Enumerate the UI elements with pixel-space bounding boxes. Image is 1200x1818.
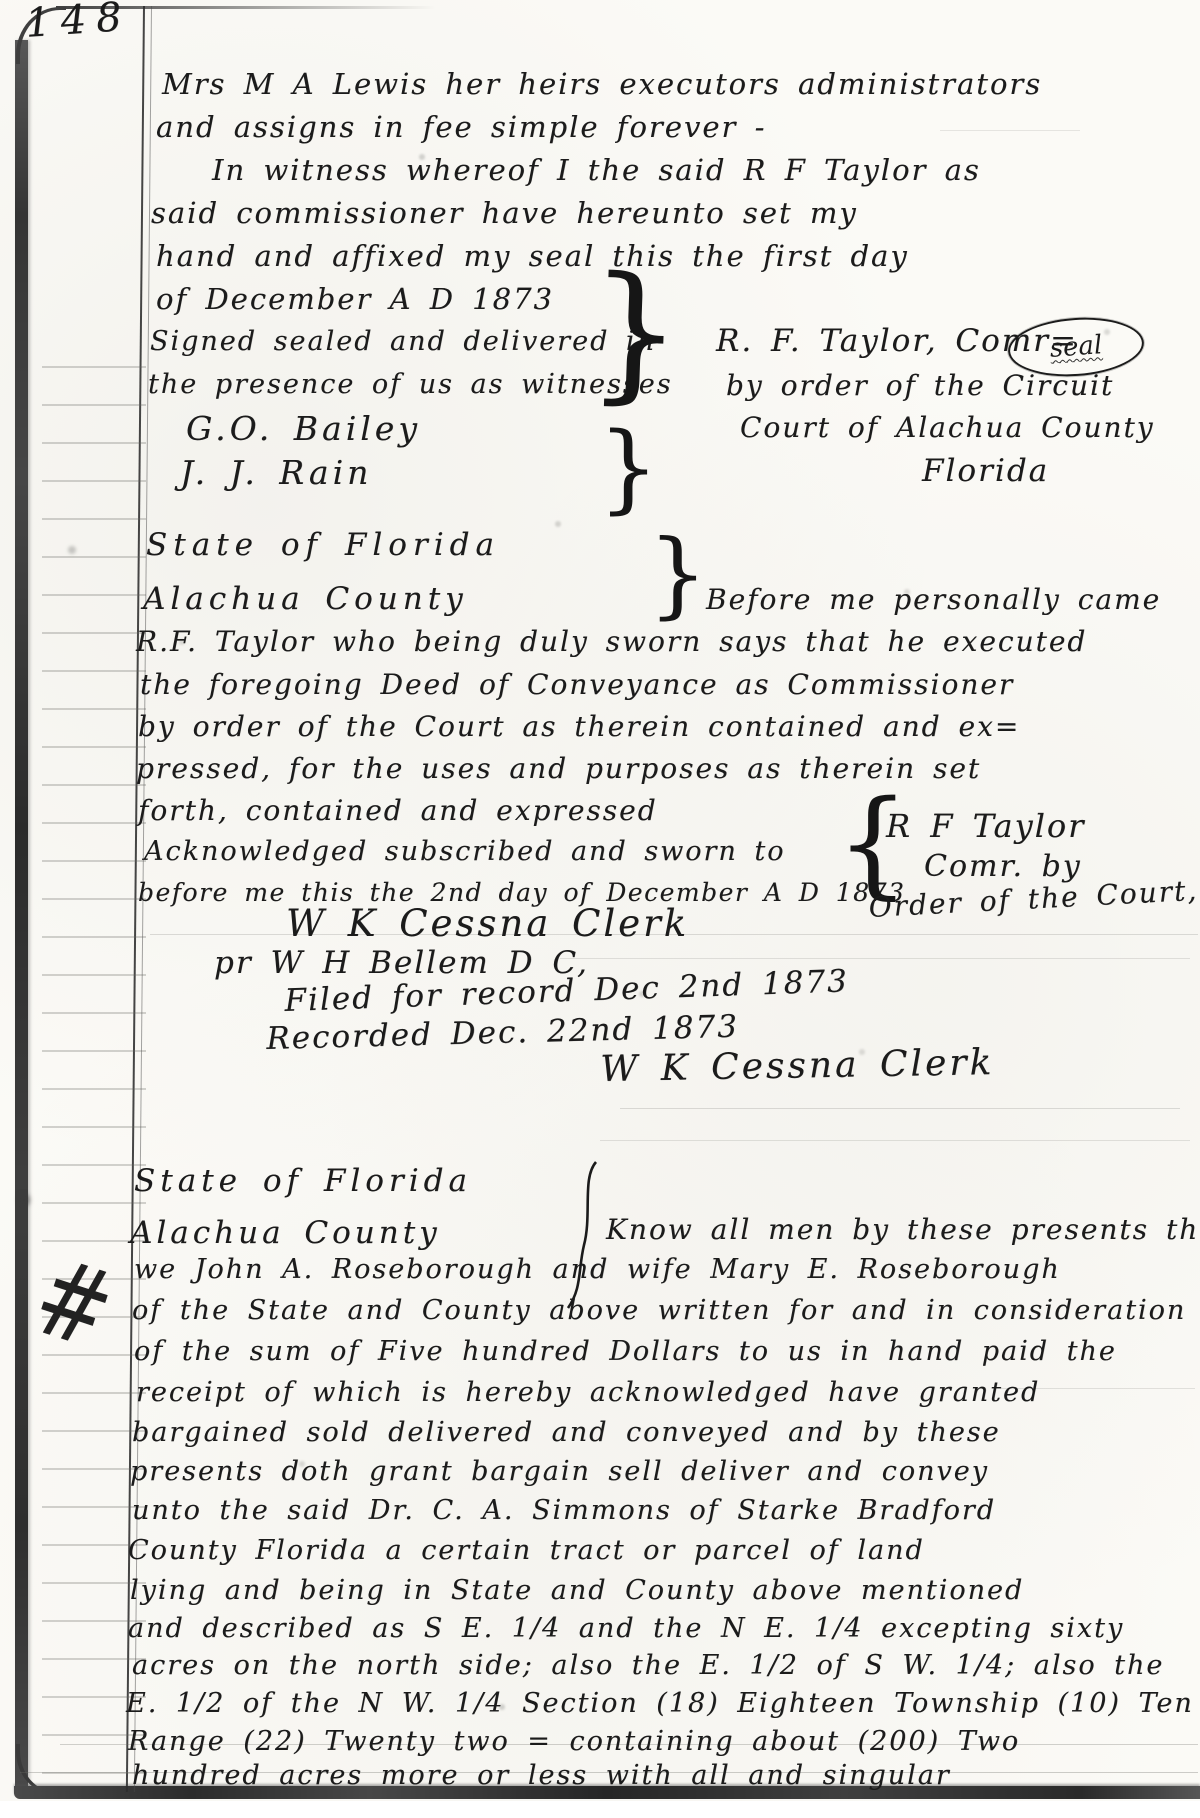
handwriting-line: presents doth grant bargain sell deliver… <box>130 1458 989 1485</box>
handwriting-line: In witness whereof I the said R F Taylor… <box>212 156 981 185</box>
ledger-rule <box>600 1140 1190 1141</box>
handwriting-line: hundred acres more or less with all and … <box>132 1762 951 1789</box>
handwriting-line: said commissioner have hereunto set my <box>151 199 858 228</box>
handwriting-line: by order of the Court as therein contain… <box>138 713 1020 741</box>
signature-line: Florida <box>922 456 1049 487</box>
signature-line: Comr. by <box>924 852 1082 882</box>
handwriting-line: Range (22) Twenty two = containing about… <box>128 1728 1020 1755</box>
handwriting-line: bargained sold delivered and conveyed an… <box>132 1419 1001 1446</box>
witness-attestation-line: Signed sealed and delivered in <box>150 328 656 355</box>
handwriting-line: the foregoing Deed of Conveyance as Comm… <box>140 671 1014 699</box>
state-heading: State of Florida <box>146 530 500 561</box>
handwriting-line: lying and being in State and County abov… <box>130 1577 1024 1604</box>
deed-book-scan: 148 Mrs M A Lewis her heirs executors ad… <box>0 0 1200 1818</box>
handwriting-line: R.F. Taylor who being duly sworn says th… <box>136 628 1087 656</box>
handwriting-line: of the sum of Five hundred Dollars to us… <box>134 1338 1117 1365</box>
handwriting-line: hand and affixed my seal this the first … <box>156 242 909 271</box>
signature-line: by order of the Circuit <box>726 372 1114 400</box>
handwriting-line: Mrs M A Lewis her heirs executors admini… <box>162 70 1042 99</box>
ledger-rule <box>620 1108 1180 1109</box>
handwriting-line: E. 1/2 of the N W. 1/4 Section (18) Eigh… <box>126 1690 1194 1717</box>
page-number: 148 <box>24 0 133 44</box>
clerk-signature: W K Cessna Clerk <box>286 905 689 942</box>
brace-right-icon: } <box>585 256 684 407</box>
witness-signature: J. J. Rain <box>180 456 372 489</box>
county-heading: Alachua County <box>130 1218 441 1249</box>
acknowledgment-line: Acknowledged subscribed and sworn to <box>144 838 786 865</box>
handwriting-line: Before me personally came <box>706 586 1161 614</box>
clerk-signature: W K Cessna Clerk <box>600 1045 995 1088</box>
page-binding-edge <box>15 40 28 1790</box>
seal-label: seal <box>1049 330 1104 364</box>
handwriting-line: and described as S E. 1/4 and the N E. 1… <box>128 1615 1124 1642</box>
commissioner-signature: R F Taylor <box>886 810 1085 842</box>
county-heading: Alachua County <box>143 584 468 615</box>
signature-line: Court of Alachua County <box>740 414 1155 442</box>
brace-right-icon: } <box>648 528 708 622</box>
handwriting-line: Know all men by these presents that <box>606 1216 1200 1244</box>
witness-signature: G.O. Bailey <box>186 412 421 445</box>
handwriting-line: of the State and County above written fo… <box>132 1297 1186 1324</box>
handwriting-line: acres on the north side; also the E. 1/2… <box>132 1652 1164 1679</box>
handwriting-line: receipt of which is hereby acknowledged … <box>136 1379 1040 1406</box>
ledger-rule <box>940 130 1080 131</box>
scan-speckles <box>0 0 4 4</box>
handwriting-line: forth, contained and expressed <box>138 797 658 825</box>
handwriting-line: of December A D 1873 <box>156 285 554 314</box>
handwriting-line: and assigns in fee simple forever - <box>156 113 766 142</box>
handwriting-line: we John A. Roseborough and wife Mary E. … <box>134 1256 1061 1283</box>
state-heading: State of Florida <box>134 1166 472 1197</box>
handwriting-line: County Florida a certain tract or parcel… <box>128 1537 925 1564</box>
heading-divider-stroke <box>562 1160 606 1314</box>
handwriting-line: unto the said Dr. C. A. Simmons of Stark… <box>132 1497 996 1524</box>
brace-right-icon: } <box>598 420 659 516</box>
ledger-rule <box>560 958 1190 959</box>
